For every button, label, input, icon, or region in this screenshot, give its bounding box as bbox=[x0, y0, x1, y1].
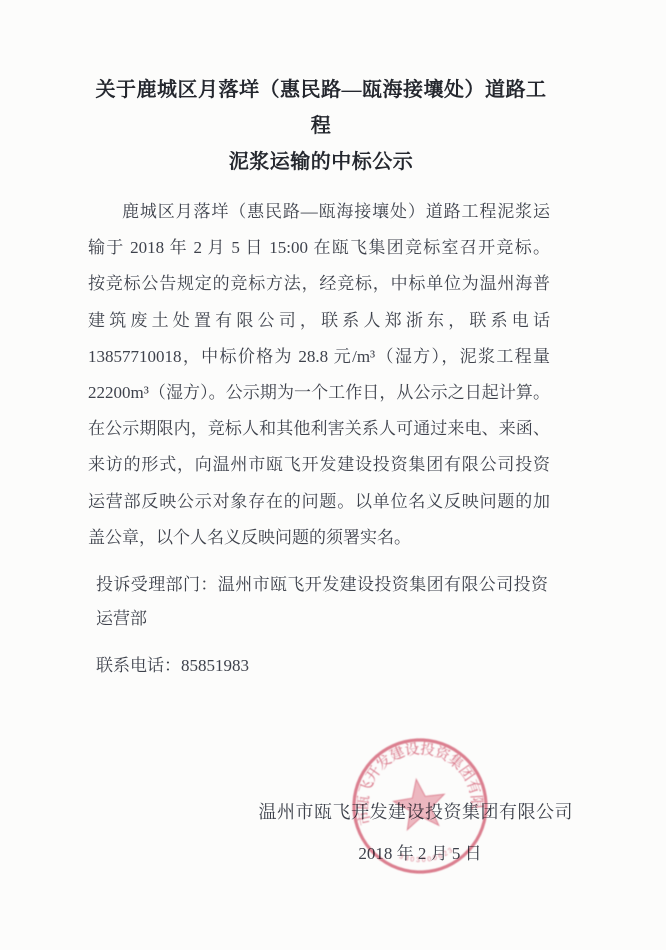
body-line: 来访的形式，向温州市瓯飞开发建设投资集团有限公司投资 bbox=[88, 447, 550, 483]
contact-phone: 联系电话：85851983 bbox=[96, 654, 548, 678]
notice-title-line1: 关于鹿城区月落垟（惠民路—瓯海接壤处）道路工程 bbox=[88, 72, 554, 144]
notice-body-paragraph: 鹿城区月落垟（惠民路—瓯海接壤处）道路工程泥浆运 输于 2018 年 2 月 5… bbox=[88, 194, 550, 556]
body-line: 13857710018，中标价格为 28.8 元/m³（湿方），泥浆工程量 bbox=[88, 339, 550, 375]
notice-title-line2: 泥浆运输的中标公示 bbox=[88, 144, 554, 180]
complaint-department-paragraph: 投诉受理部门：温州市瓯飞开发建设投资集团有限公司投资 运营部 bbox=[96, 568, 548, 636]
complaint-line: 运营部 bbox=[96, 602, 548, 636]
notice-title: 关于鹿城区月落垟（惠民路—瓯海接壤处）道路工程 泥浆运输的中标公示 bbox=[88, 72, 554, 180]
body-line: 22200m³（湿方）。公示期为一个工作日，从公示之日起计算。 bbox=[88, 375, 550, 411]
signature-company: 温州市瓯飞开发建设投资集团有限公司 bbox=[259, 799, 574, 825]
body-line: 在公示期限内，竞标人和其他利害关系人可通过来电、来函、 bbox=[88, 411, 550, 447]
body-line: 盖公章，以个人名义反映问题的须署实名。 bbox=[88, 520, 550, 556]
complaint-line: 投诉受理部门：温州市瓯飞开发建设投资集团有限公司投资 bbox=[96, 568, 548, 602]
body-line: 输于 2018 年 2 月 5 日 15:00 在瓯飞集团竞标室召开竞标。 bbox=[88, 230, 550, 266]
body-line: 运营部反映公示对象存在的问题。以单位名义反映问题的加 bbox=[88, 484, 550, 520]
body-line: 鹿城区月落垟（惠民路—瓯海接壤处）道路工程泥浆运 bbox=[88, 194, 550, 230]
body-line: 按竞标公告规定的竞标方法，经竞标，中标单位为温州海普 bbox=[88, 266, 550, 302]
signature-date: 2018 年 2 月 5 日 bbox=[300, 842, 540, 866]
body-line: 建筑废土处置有限公司，联系人郑浙东，联系电话 bbox=[88, 303, 550, 339]
notice-document-page: 关于鹿城区月落垟（惠民路—瓯海接壤处）道路工程 泥浆运输的中标公示 鹿城区月落垟… bbox=[0, 0, 666, 950]
